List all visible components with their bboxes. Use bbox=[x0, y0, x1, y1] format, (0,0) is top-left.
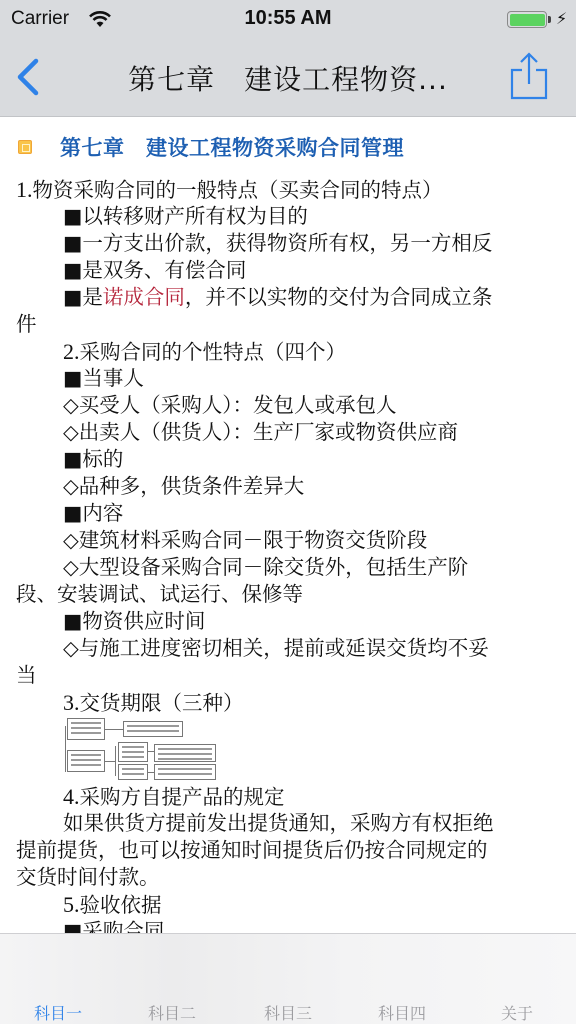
highlighted-term: 诺成合同 bbox=[103, 285, 185, 309]
text-line: ◇与施工进度密切相关，提前或延误交货均不妥 bbox=[16, 635, 566, 662]
chapter-content[interactable]: 第七章 建设工程物资采购合同管理 1.物资采购合同的一般特点（买卖合同的特点） … bbox=[0, 118, 576, 933]
text-line: ■采购合同 bbox=[16, 918, 566, 933]
top-bar: Carrier 10:55 AM ⚡ 第七章 建设工程物资... bbox=[0, 0, 576, 117]
status-bar: Carrier 10:55 AM ⚡ bbox=[0, 0, 576, 40]
text-line: 段、安装调试、试运行、保修等 bbox=[16, 581, 566, 608]
text-line: ■以转移财产所有权为目的 bbox=[16, 203, 566, 230]
text-line: ■一方支出价款，获得物资所有权，另一方相反 bbox=[16, 230, 566, 257]
text-line: ◇出卖人（供货人）：生产厂家或物资供应商 bbox=[16, 419, 566, 446]
chapter-heading: 第七章 建设工程物资采购合同管理 bbox=[18, 132, 404, 162]
text-line: ■是双务、有偿合同 bbox=[16, 257, 566, 284]
chapter-body: 1.物资采购合同的一般特点（买卖合同的特点） ■以转移财产所有权为目的 ■一方支… bbox=[16, 176, 566, 933]
tab-subject-3[interactable]: 科目三 bbox=[238, 1001, 338, 1024]
navigation-bar: 第七章 建设工程物资... bbox=[0, 40, 576, 117]
text-line: 交货时间付款。 bbox=[16, 864, 566, 891]
chapter-heading-text: 第七章 建设工程物资采购合同管理 bbox=[60, 132, 404, 162]
text-line: ◇建筑材料采购合同－限于物资交货阶段 bbox=[16, 527, 566, 554]
text-line: 如果供货方提前发出提货通知，采购方有权拒绝 bbox=[16, 810, 566, 837]
text-line: 4.采购方自提产品的规定 bbox=[16, 783, 566, 810]
text-line: 件 bbox=[16, 311, 566, 338]
text-line: ■内容 bbox=[16, 500, 566, 527]
text-line: 3.交货期限（三种） bbox=[16, 689, 566, 716]
charging-bolt-icon: ⚡ bbox=[556, 9, 567, 28]
text-line: 5.验收依据 bbox=[16, 891, 566, 918]
text-line: ■标的 bbox=[16, 446, 566, 473]
tab-subject-2[interactable]: 科目二 bbox=[122, 1001, 222, 1024]
book-icon bbox=[18, 140, 32, 154]
tab-subject-1[interactable]: 科目一 bbox=[8, 1001, 108, 1024]
tab-bar: 科目一 科目二 科目三 科目四 关于 bbox=[0, 933, 576, 1024]
nav-title: 第七章 建设工程物资... bbox=[90, 58, 486, 98]
text-line: ■当事人 bbox=[16, 365, 566, 392]
delivery-period-diagram bbox=[63, 718, 223, 780]
status-time: 10:55 AM bbox=[0, 7, 576, 30]
text-line: 1.物资采购合同的一般特点（买卖合同的特点） bbox=[16, 176, 566, 203]
text-line: ◇买受人（采购人）：发包人或承包人 bbox=[16, 392, 566, 419]
text-line: ■是诺成合同，并不以实物的交付为合同成立条 bbox=[16, 284, 566, 311]
tab-subject-4[interactable]: 科目四 bbox=[352, 1001, 452, 1024]
tab-about[interactable]: 关于 bbox=[467, 1001, 567, 1024]
text-line: ◇大型设备采购合同－除交货外，包括生产阶 bbox=[16, 554, 566, 581]
text-line: ■物资供应时间 bbox=[16, 608, 566, 635]
battery-tip bbox=[548, 16, 551, 23]
text-line: ◇品种多，供货条件差异大 bbox=[16, 473, 566, 500]
text-line: 当 bbox=[16, 662, 566, 689]
share-button[interactable] bbox=[506, 50, 552, 102]
back-button[interactable] bbox=[10, 55, 50, 99]
text-line: 提前提货，也可以按通知时间提货后仍按合同规定的 bbox=[16, 837, 566, 864]
text-line: 2.采购合同的个性特点（四个） bbox=[16, 338, 566, 365]
battery-icon bbox=[507, 11, 547, 28]
